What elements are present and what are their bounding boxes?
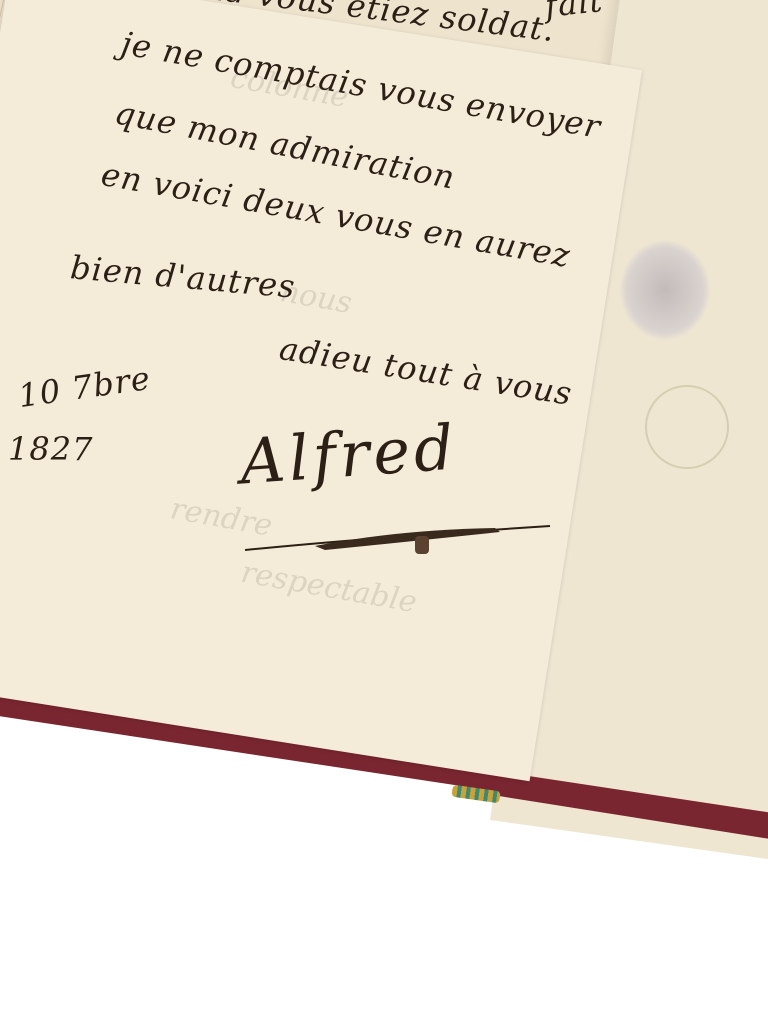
- signature-flourish: [245, 520, 555, 554]
- faded-postmark: [645, 385, 729, 469]
- photo-scene: colonne nous rendre respectable quand vo…: [0, 0, 768, 1024]
- ink-blot: [620, 240, 710, 340]
- letter-date-year: 1827: [8, 430, 93, 468]
- signature: Alfred: [238, 411, 460, 499]
